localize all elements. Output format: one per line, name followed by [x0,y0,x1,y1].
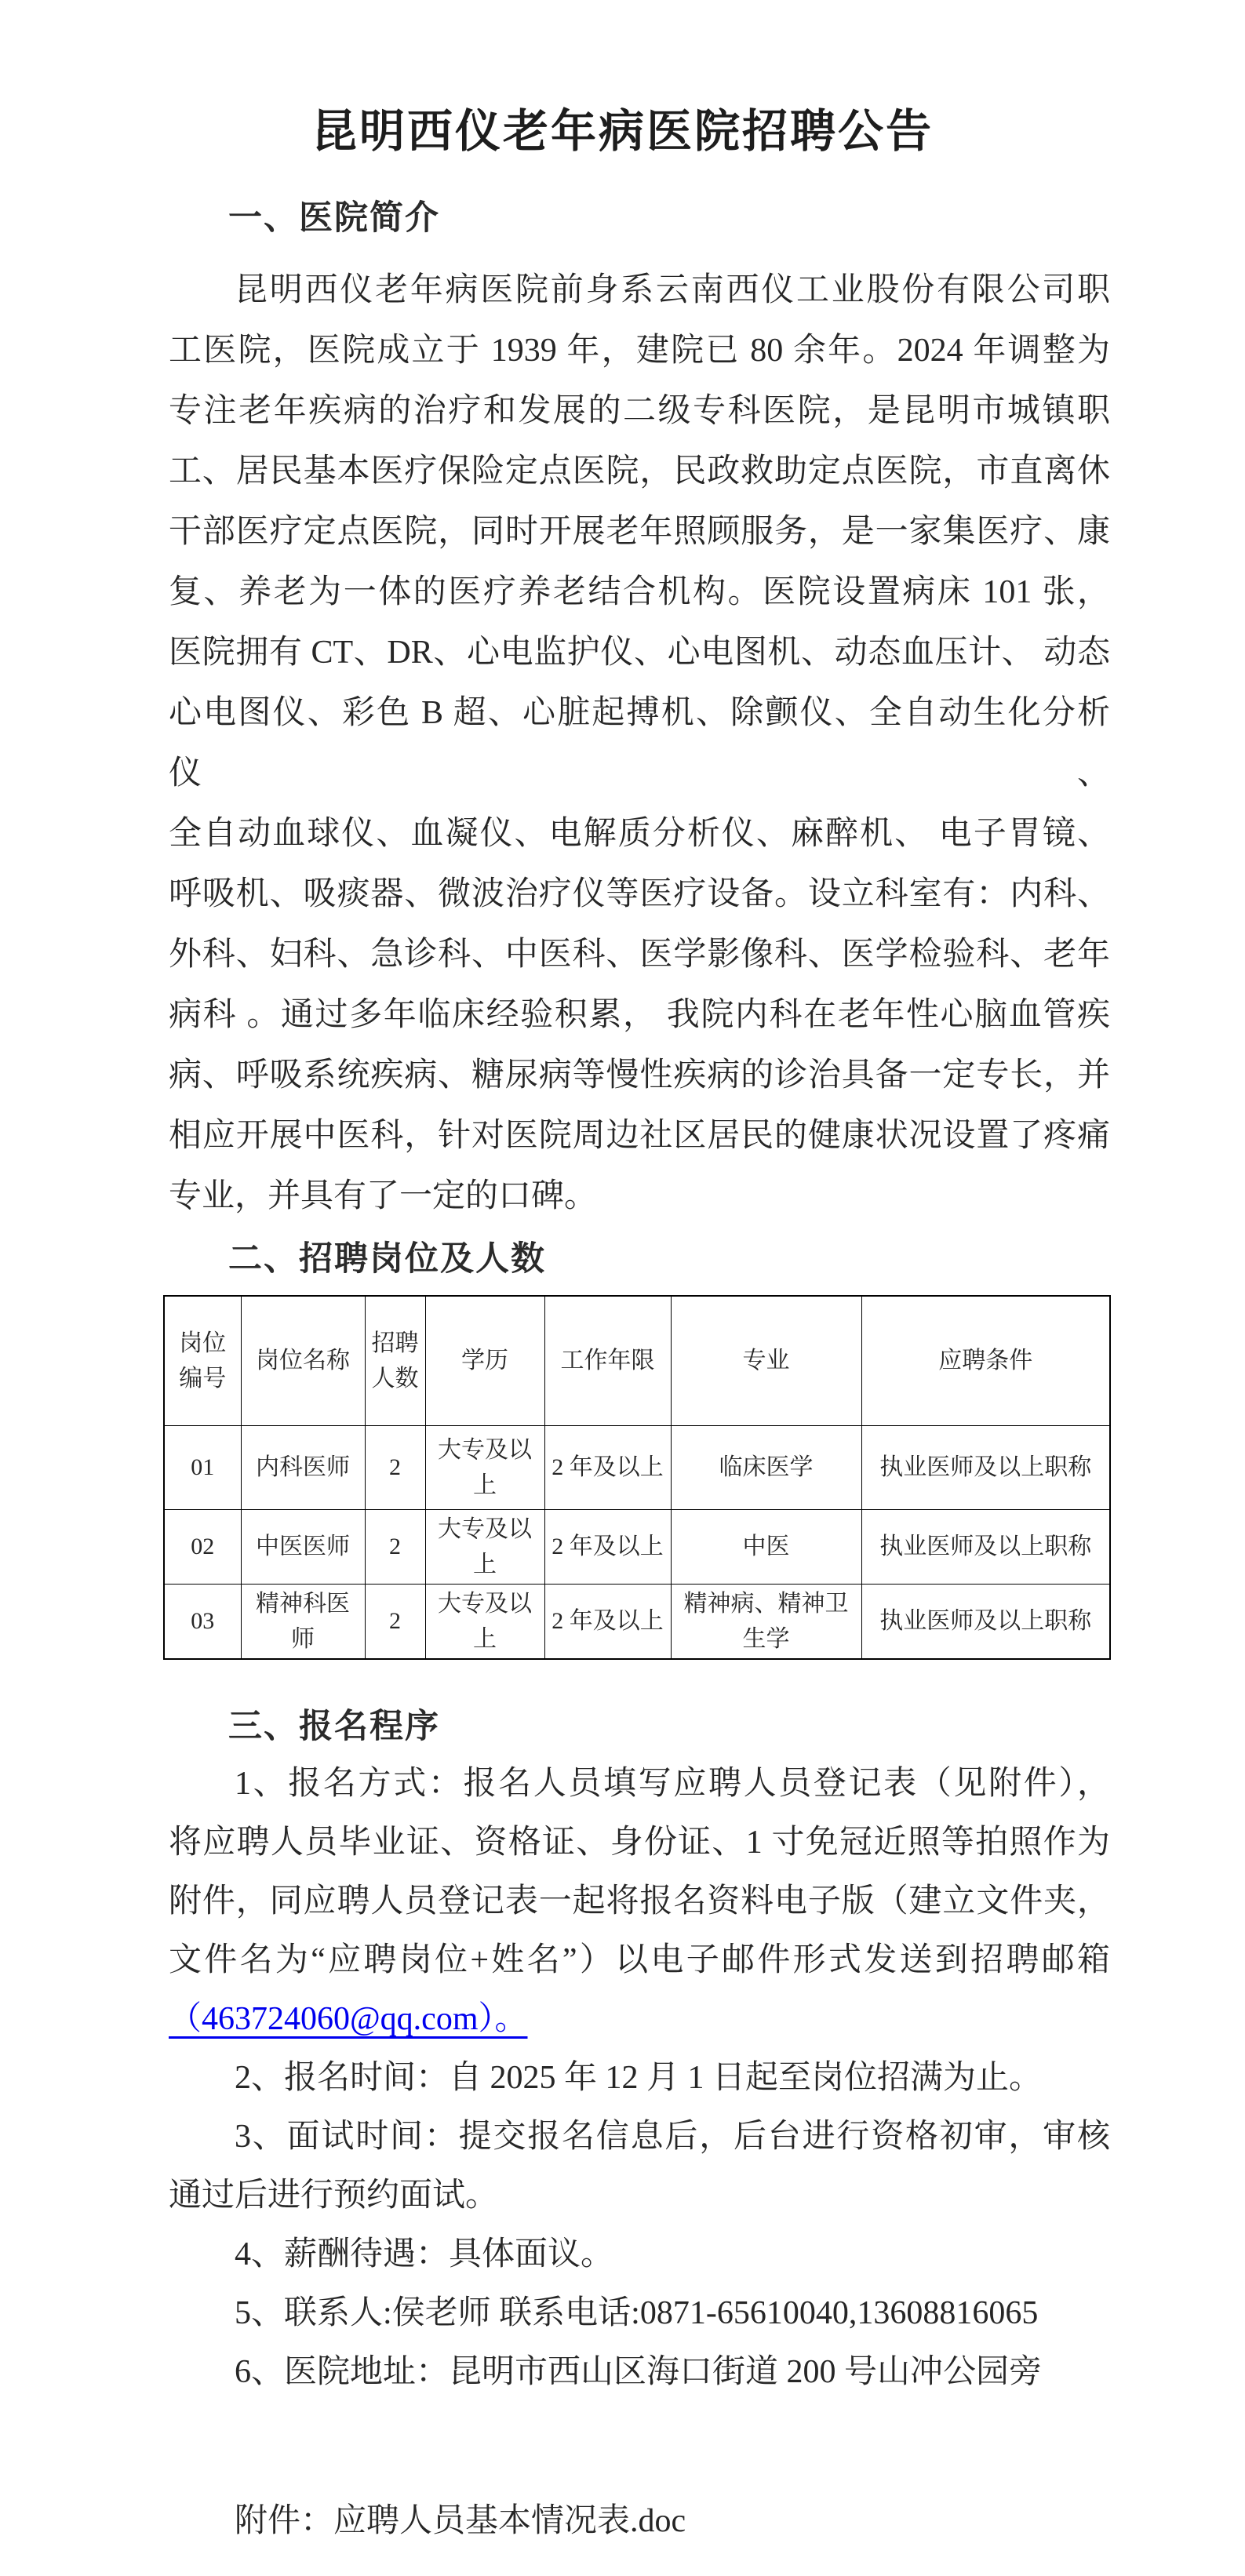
intro-line: 全自动血球仪、血凝仪、电解质分析仪、麻醉机、 电子胃镜、 [169,804,1110,864]
table-cell: 临床医学 [671,1425,861,1509]
table-cell: 2 年及以上 [544,1509,671,1584]
procedure-line: 1、报名方式：报名人员填写应聘人员登记表（见附件）， [169,1755,1110,1814]
table-header-cell: 专业 [671,1296,861,1425]
table-cell: 执业医师及以上职称 [861,1584,1110,1659]
table-cell: 执业医师及以上职称 [861,1509,1110,1584]
table-row: 03精神科医师2大专及以上2 年及以上精神病、精神卫生学执业医师及以上职称 [164,1584,1110,1659]
table-cell: 01 [164,1425,241,1509]
procedure-items: 1、报名方式：报名人员填写应聘人员登记表（见附件），将应聘人员毕业证、资格证、身… [169,1755,1110,2402]
intro-paragraph: 昆明西仪老年病医院前身系云南西仪工业股份有限公司职工医院，医院成立于 1939 … [169,260,1110,1227]
procedure-line: 将应聘人员毕业证、资格证、身份证、1 寸免冠近照等拍照作为 [169,1814,1110,1872]
email-link[interactable]: （463724060@qq.com）。 [169,2001,528,2037]
table-cell: 2 年及以上 [544,1425,671,1509]
table-cell: 大专及以上 [425,1509,544,1584]
procedure-line: 5、联系人:侯老师 联系电话:0871-65610040,13608816065 [169,2284,1110,2343]
positions-table-header: 岗位编号岗位名称招聘人数学历工作年限专业应聘条件 [164,1296,1110,1425]
procedure-line: 4、薪酬待遇：具体面议。 [169,2225,1110,2284]
table-header-cell: 应聘条件 [861,1296,1110,1425]
table-cell: 精神科医师 [241,1584,365,1659]
table-header-cell: 招聘人数 [365,1296,425,1425]
intro-line: 外科、妇科、急诊科、中医科、医学影像科、医学检验科、老年 [169,925,1110,985]
section-heading-intro: 一、医院简介 [169,196,1110,240]
intro-line: 昆明西仪老年病医院前身系云南西仪工业股份有限公司职 [169,260,1110,321]
table-cell: 03 [164,1584,241,1659]
table-cell: 2 [365,1425,425,1509]
intro-line: 复、养老为一体的医疗养老结合机构。医院设置病床 101 张， [169,562,1110,623]
table-cell: 大专及以上 [425,1425,544,1509]
procedure-line: 3、面试时间：提交报名信息后，后台进行资格初审，审核 [169,2108,1110,2167]
table-cell: 02 [164,1509,241,1584]
procedure-line: 文件名为“应聘岗位+姓名”）以电子邮件形式发送到招聘邮箱 [169,1931,1110,1990]
table-cell: 中医医师 [241,1509,365,1584]
intro-line: 病、呼吸系统疾病、糖尿病等慢性疾病的诊治具备一定专长，并 [169,1046,1110,1106]
intro-line: 医院拥有 CT、DR、心电监护仪、心电图机、动态血压计、 动态 [169,623,1110,683]
table-cell: 执业医师及以上职称 [861,1425,1110,1509]
positions-table: 岗位编号岗位名称招聘人数学历工作年限专业应聘条件 01内科医师2大专及以上2 年… [163,1295,1111,1660]
table-header-cell: 工作年限 [544,1296,671,1425]
table-cell: 中医 [671,1509,861,1584]
attachment-note: 附件：应聘人员基本情况表.doc [169,2491,1110,2552]
procedure-line: （463724060@qq.com）。 [169,1990,1110,2049]
table-header-cell: 岗位编号 [164,1296,241,1425]
section-heading-positions: 二、招聘岗位及人数 [169,1237,1110,1281]
procedure-line: 附件，同应聘人员登记表一起将报名资料电子版（建立文件夹， [169,1872,1110,1931]
intro-line: 呼吸机、吸痰器、微波治疗仪等医疗设备。设立科室有：内科、 [169,864,1110,925]
section-heading-procedure: 三、报名程序 [169,1705,1110,1748]
intro-line: 心电图仪、彩色 B 超、心脏起搏机、除颤仪、全自动生化分析仪、 [169,683,1110,804]
table-row: 01内科医师2大专及以上2 年及以上临床医学执业医师及以上职称 [164,1425,1110,1509]
table-cell: 精神病、精神卫生学 [671,1584,861,1659]
procedure-line: 2、报名时间：自 2025 年 12 月 1 日起至岗位招满为止。 [169,2049,1110,2108]
document-page: 昆明西仪老年病医院招聘公告 一、医院简介 昆明西仪老年病医院前身系云南西仪工业股… [0,0,1245,2576]
table-header-cell: 岗位名称 [241,1296,365,1425]
intro-line: 专注老年疾病的治疗和发展的二级专科医院，是昆明市城镇职 [169,381,1110,442]
page-title: 昆明西仪老年病医院招聘公告 [0,0,1245,157]
positions-table-body: 01内科医师2大专及以上2 年及以上临床医学执业医师及以上职称02中医医师2大专… [164,1425,1110,1659]
document-content: 一、医院简介 昆明西仪老年病医院前身系云南西仪工业股份有限公司职工医院，医院成立… [0,196,1245,2552]
table-header-cell: 学历 [425,1296,544,1425]
table-cell: 2 [365,1584,425,1659]
intro-line: 相应开展中医科，针对医院周边社区居民的健康状况设置了疼痛 [169,1106,1110,1166]
table-cell: 2 [365,1509,425,1584]
table-cell: 内科医师 [241,1425,365,1509]
procedure-line: 通过后进行预约面试。 [169,2167,1110,2225]
intro-line: 工、居民基本医疗保险定点医院，民政救助定点医院，市直离休 [169,442,1110,502]
procedure-line: 6、医院地址：昆明市西山区海口街道 200 号山冲公园旁 [169,2343,1110,2402]
intro-line: 病科 。通过多年临床经验积累， 我院内科在老年性心脑血管疾 [169,985,1110,1046]
table-row: 02中医医师2大专及以上2 年及以上中医执业医师及以上职称 [164,1509,1110,1584]
intro-line: 专业，并具有了一定的口碑。 [169,1166,1110,1227]
intro-line: 工医院，医院成立于 1939 年，建院已 80 余年。2024 年调整为 [169,321,1110,381]
intro-line: 干部医疗定点医院，同时开展老年照顾服务，是一家集医疗、康 [169,502,1110,562]
table-cell: 2 年及以上 [544,1584,671,1659]
table-cell: 大专及以上 [425,1584,544,1659]
